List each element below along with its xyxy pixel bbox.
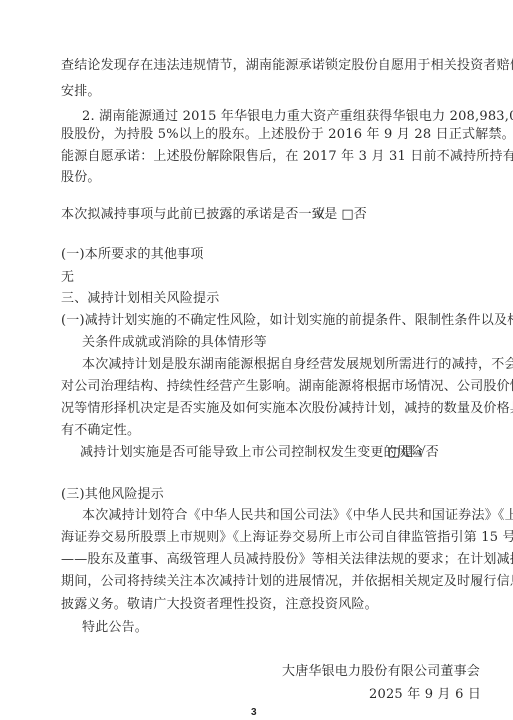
paragraph-line: 期间，公司将持续关注本次减持计划的进展情况，并依据相关规定及时履行信息: [61, 574, 513, 590]
control-answer-checkbox: □是 √否: [388, 445, 439, 461]
consistency-answer-checkbox: √是 □否: [316, 207, 367, 223]
date: 2025 年 9 月 6 日: [369, 687, 481, 703]
paragraph-line: 能源自愿承诺：上述股份解除限售后，在 2017 年 3 月 31 日前不减持所持…: [61, 149, 513, 165]
risk-heading: 关条件成就或消除的具体情形等: [82, 335, 267, 351]
signature: 大唐华银电力股份有限公司董事会: [282, 664, 480, 680]
section-body: 无: [61, 270, 74, 286]
paragraph-line: 本次减持计划是股东湖南能源根据自身经营发展规划所需进行的减持，不会: [82, 357, 513, 373]
paragraph-line: 况等情形择机决定是否实施及如何实施本次股份减持计划，减持的数量及价格具: [61, 401, 513, 417]
control-question: 减持计划实施是否可能导致上市公司控制权发生变更的风险: [80, 445, 423, 461]
paragraph-line: ——股东及董事、高级管理人员减持股份》等相关法律法规的要求；在计划减持: [61, 552, 513, 568]
paragraph-line: 本次减持计划符合《中华人民共和国公司法》《中华人民共和国证券法》《上: [82, 508, 513, 524]
paragraph-line: 股股份，为持股 5%以上的股东。上述股份于 2016 年 9 月 28 日正式解…: [61, 127, 513, 143]
risk-heading: (三)其他风险提示: [61, 487, 164, 503]
closing-text: 特此公告。: [82, 620, 148, 636]
paragraph-line: 2. 湖南能源通过 2015 年华银电力重大资产重组获得华银电力 208,983…: [82, 109, 513, 125]
paragraph-line: 对公司治理结构、持续性经营产生影响。湖南能源将根据市场情况、公司股价情: [61, 379, 513, 395]
page-number: 3: [251, 707, 257, 718]
paragraph-line: 披露义务。敬请广大投资者理性投资，注意投资风险。: [61, 597, 378, 613]
section-heading: 三、减持计划相关风险提示: [61, 291, 219, 307]
paragraph-line: 安排。: [61, 84, 101, 100]
paragraph-line: 查结论发现存在违法违规情节，湖南能源承诺锁定股份自愿用于相关投资者赔偿: [61, 58, 513, 74]
paragraph-line: 有不确定性。: [61, 423, 140, 439]
section-heading: (一)本所要求的其他事项: [61, 247, 204, 263]
paragraph-line: 海证券交易所股票上市规则》《上海证券交易所上市公司自律监管指引第 15 号: [61, 530, 513, 546]
consistency-question: 本次拟减持事项与此前已披露的承诺是否一致: [61, 207, 325, 223]
risk-heading: (一)减持计划实施的不确定性风险，如计划实施的前提条件、限制性条件以及相: [61, 313, 513, 329]
paragraph-line: 股份。: [61, 170, 101, 186]
